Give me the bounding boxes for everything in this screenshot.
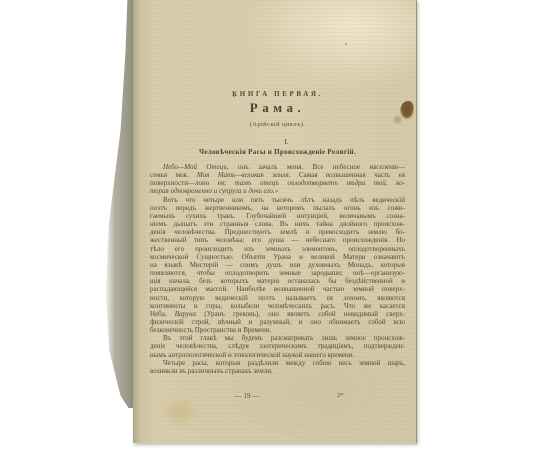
text-line: Вотъ что четыре или пять тысячъ лѣтъ наз… (150, 196, 405, 204)
text-segment: (Уранъ грековъ), оно являетъ собой невид… (196, 310, 405, 318)
text-line: нымъ антропологической и этнологической … (150, 351, 405, 359)
italic-text: торая одновременно и супруга и дочь его.… (150, 187, 278, 195)
text-segment: континенты и горы, колыбели человѣческих… (150, 302, 405, 310)
italic-text: Моя Мать—великая земля. (197, 171, 291, 179)
text-line: Четыре расы, которыя раздѣлили между соб… (150, 359, 405, 367)
book-heading: КНИГА ПЕРВАЯ. (150, 90, 405, 98)
text-line: жественный типъ человѣка; его душа — неб… (150, 236, 405, 244)
text-segment: Неба, (150, 310, 175, 318)
body-text: Небо—Мой Отецъ, онъ зачалъ меня. Все неб… (150, 163, 405, 375)
text-line: ности, которую ведическій поэтъ называет… (150, 294, 405, 302)
text-segment: щія начала, безъ которыхъ матерія остава… (150, 277, 405, 285)
italic-text: Варуна (175, 310, 196, 318)
text-line: Въ этой главѣ мы будемъ разсматривать ли… (150, 334, 405, 342)
text-line: на языкѣ Мистерій — сонмъ душъ или духов… (150, 261, 405, 269)
paragraph: Въ этой главѣ мы будемъ разсматривать ли… (150, 334, 405, 358)
text-segment: ности, которую ведическій поэтъ называет… (150, 294, 344, 302)
text-segment: Четыре расы, которыя раздѣлили между соб… (163, 359, 405, 367)
text-line: физическій строй, вѣчный и разумный, и о… (150, 318, 405, 326)
text-segment: деніе человѣчества, слѣдуя эзотерическим… (150, 342, 405, 350)
text-segment: космической Сущностью. Объятія Урана и в… (150, 253, 405, 261)
text-segment: Вотъ что четыре или пять тысячъ лѣтъ наз… (163, 196, 405, 204)
text-line: распадающейся массой. Наиболѣе возвышенн… (150, 285, 405, 293)
text-line: безконечность Пространства и Времени. (150, 326, 405, 334)
text-line: щія начала, безъ которыхъ матерія остава… (150, 277, 405, 285)
text-segment: физическій строй, вѣчный и разумный, и о… (150, 318, 405, 326)
page-title: Рама. (150, 100, 405, 116)
paper-speck (345, 43, 347, 45)
stain-bottom-left (161, 396, 199, 428)
text-segment: распадающейся массой. Наиболѣе возвышенн… (150, 285, 405, 293)
text-line: денія человѣчества. Предшествуетъ землѣ … (150, 228, 405, 236)
text-line: поверхности—лоно ея; тамъ отецъ оплодотв… (150, 179, 405, 187)
text-line: гаемыхъ сухихъ травъ. Глубочайшей интуиц… (150, 212, 405, 220)
text-segment: на языкѣ Мистерій — сонмъ душъ или духов… (150, 261, 405, 269)
paragraph: Четыре расы, которыя раздѣлили между соб… (150, 359, 405, 375)
paragraph: Вотъ что четыре или пять тысячъ лѣтъ наз… (150, 196, 405, 335)
text-line: деніе человѣчества, слѣдуя эзотерическим… (150, 342, 405, 350)
text-segment: жественный типъ человѣка; его душа — неб… (150, 236, 405, 244)
text-line: Небо—Мой Отецъ, онъ зачалъ меня. Все неб… (150, 163, 405, 171)
text-segment: тѣло его происходитъ изъ земныхъ элемент… (150, 245, 405, 253)
page-subtitle: (Арійскій циклъ). (150, 121, 405, 128)
text-segment: денія человѣчества. Предшествуетъ землѣ … (150, 228, 405, 236)
text-line: ніемъ дышатъ эти странныя слова. Въ нихъ… (150, 220, 405, 228)
text-segment: поверхности—лоно ея; (150, 179, 235, 187)
page-edge-shadow (104, 0, 134, 408)
text-line: космической Сущностью. Объятія Урана и в… (150, 253, 405, 261)
chapter-title: Человѣческія Расы и Происхожденіе Религі… (150, 148, 405, 156)
text-line: Неба, Варуна (Уранъ грековъ), оно являет… (150, 310, 405, 318)
text-segment: возникли въ различныхъ странахъ земли. (150, 367, 273, 375)
text-line: континенты и горы, колыбели человѣческих… (150, 302, 405, 310)
text-segment: семья моя. (150, 171, 197, 179)
text-segment: , онъ зачалъ меня. Все небесное населені… (227, 163, 405, 171)
text-line: появляются, чтобы оплодотворить земные з… (150, 269, 405, 277)
paragraph: Небо—Мой Отецъ, онъ зачалъ меня. Все неб… (150, 163, 405, 196)
text-segment: появляются, чтобы оплодотворить земные з… (150, 269, 405, 277)
text-segment: поэтъ передъ жертвенникомъ, на которомъ … (150, 204, 405, 212)
text-segment: нымъ антропологической и этнологической … (150, 351, 354, 359)
italic-text: тамъ отецъ оплодотворяетъ нѣдра той, ко- (235, 179, 405, 187)
text-segment: Самая возвышенная часть ея (290, 171, 405, 179)
chapter-number: I. (159, 137, 414, 146)
italic-text: Небо—Мой Отецъ (163, 163, 227, 171)
text-segment: гаемыхъ сухихъ травъ. Глубочайшей интуиц… (150, 212, 405, 220)
signature-mark: 2* (337, 392, 344, 399)
text-line: тѣло его происходитъ изъ земныхъ элемент… (150, 245, 405, 253)
text-segment: ніемъ дышатъ эти странныя слова. Въ нихъ… (150, 220, 405, 228)
text-line: торая одновременно и супруга и дочь его.… (150, 187, 405, 195)
text-segment: безконечность Пространства и Времени. (150, 326, 271, 334)
text-segment: , являются (365, 294, 405, 302)
book-photo: КНИГА ПЕРВАЯ. Рама. (Арійскій циклъ). I.… (0, 0, 550, 450)
text-segment: Въ этой главѣ мы будемъ разсматривать ли… (163, 334, 405, 342)
text-line: поэтъ передъ жертвенникомъ, на которомъ … (150, 204, 405, 212)
book-page: КНИГА ПЕРВАЯ. Рама. (Арійскій циклъ). I.… (133, 0, 417, 443)
page-number: — 19 — (217, 392, 277, 400)
text-line: семья моя. Моя Мать—великая земля. Самая… (150, 171, 405, 179)
text-line: возникли въ различныхъ странахъ земли. (150, 367, 405, 375)
italic-text: лономъ (344, 294, 365, 302)
